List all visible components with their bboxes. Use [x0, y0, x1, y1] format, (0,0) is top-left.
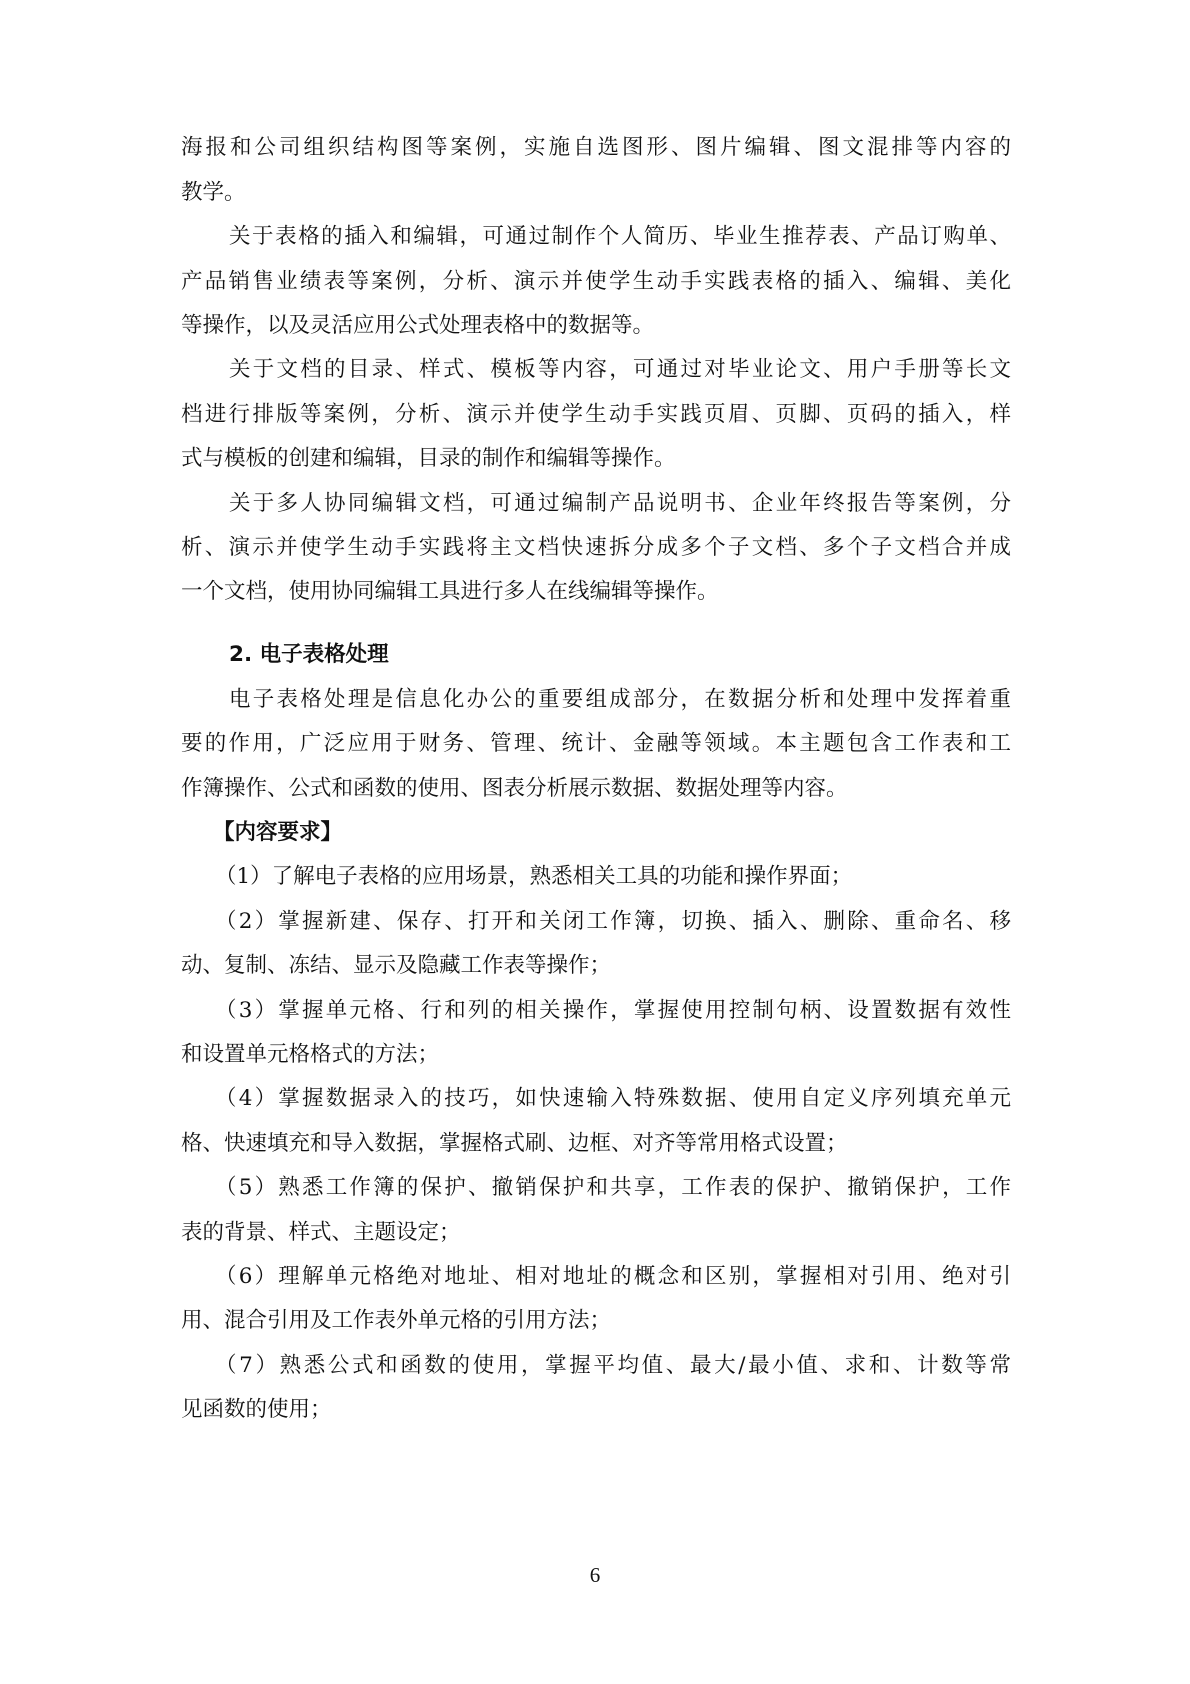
- paragraph-line: 电子表格处理是信息化办公的重要组成部分，在数据分析和处理中发挥着重: [229, 685, 1011, 715]
- paragraph-line: 关于多人协同编辑文档，可通过编制产品说明书、企业年终报告等案例，分: [229, 489, 1011, 519]
- requirement-line: （5）熟悉工作簿的保护、撤销保护和共享，工作表的保护、撤销保护，工作: [215, 1173, 1011, 1203]
- section-heading: 2. 电子表格处理: [229, 640, 1011, 670]
- requirements-heading: 【内容要求】: [213, 818, 995, 848]
- requirement-line: （2）掌握新建、保存、打开和关闭工作簿，切换、插入、删除、重命名、移: [215, 907, 1011, 937]
- paragraph-line: 教学。: [181, 178, 1011, 208]
- paragraph-line: 关于表格的插入和编辑，可通过制作个人简历、毕业生推荐表、产品订购单、: [229, 222, 1011, 252]
- paragraph-line: 要的作用，广泛应用于财务、管理、统计、金融等领域。本主题包含工作表和工: [181, 729, 1011, 759]
- requirement-line: 动、复制、冻结、显示及隐藏工作表等操作；: [181, 951, 1011, 981]
- requirement-line: （3）掌握单元格、行和列的相关操作，掌握使用控制句柄、设置数据有效性: [215, 996, 1011, 1026]
- paragraph-line: 海报和公司组织结构图等案例，实施自选图形、图片编辑、图文混排等内容的: [181, 133, 1011, 163]
- requirement-line: （1）了解电子表格的应用场景，熟悉相关工具的功能和操作界面；: [215, 862, 997, 892]
- page-number: 6: [0, 1560, 1190, 1590]
- requirement-line: （4）掌握数据录入的技巧，如快速输入特殊数据、使用自定义序列填充单元: [215, 1084, 1011, 1114]
- paragraph-line: 产品销售业绩表等案例，分析、演示并使学生动手实践表格的插入、编辑、美化: [181, 267, 1011, 297]
- requirement-line: 见函数的使用；: [181, 1395, 1011, 1425]
- paragraph-line: 一个文档，使用协同编辑工具进行多人在线编辑等操作。: [181, 577, 1011, 607]
- document-page: 海报和公司组织结构图等案例，实施自选图形、图片编辑、图文混排等内容的 教学。 关…: [0, 0, 1190, 1684]
- requirement-line: 格、快速填充和导入数据，掌握格式刷、边框、对齐等常用格式设置；: [181, 1129, 1011, 1159]
- requirement-line: （6）理解单元格绝对地址、相对地址的概念和区别，掌握相对引用、绝对引: [215, 1262, 1011, 1292]
- requirement-line: 和设置单元格格式的方法；: [181, 1040, 1011, 1070]
- paragraph-line: 析、演示并使学生动手实践将主文档快速拆分成多个子文档、多个子文档合并成: [181, 533, 1011, 563]
- paragraph-line: 作簿操作、公式和函数的使用、图表分析展示数据、数据处理等内容。: [181, 774, 1011, 804]
- requirement-line: 表的背景、样式、主题设定；: [181, 1218, 1011, 1248]
- paragraph-line: 档进行排版等案例，分析、演示并使学生动手实践页眉、页脚、页码的插入，样: [181, 400, 1011, 430]
- paragraph-line: 关于文档的目录、样式、模板等内容，可通过对毕业论文、用户手册等长文: [229, 355, 1011, 385]
- requirement-line: （7）熟悉公式和函数的使用，掌握平均值、最大/最小值、求和、计数等常: [215, 1351, 1011, 1381]
- requirement-line: 用、混合引用及工作表外单元格的引用方法；: [181, 1306, 1011, 1336]
- paragraph-line: 等操作，以及灵活应用公式处理表格中的数据等。: [181, 311, 1011, 341]
- paragraph-line: 式与模板的创建和编辑，目录的制作和编辑等操作。: [181, 444, 1011, 474]
